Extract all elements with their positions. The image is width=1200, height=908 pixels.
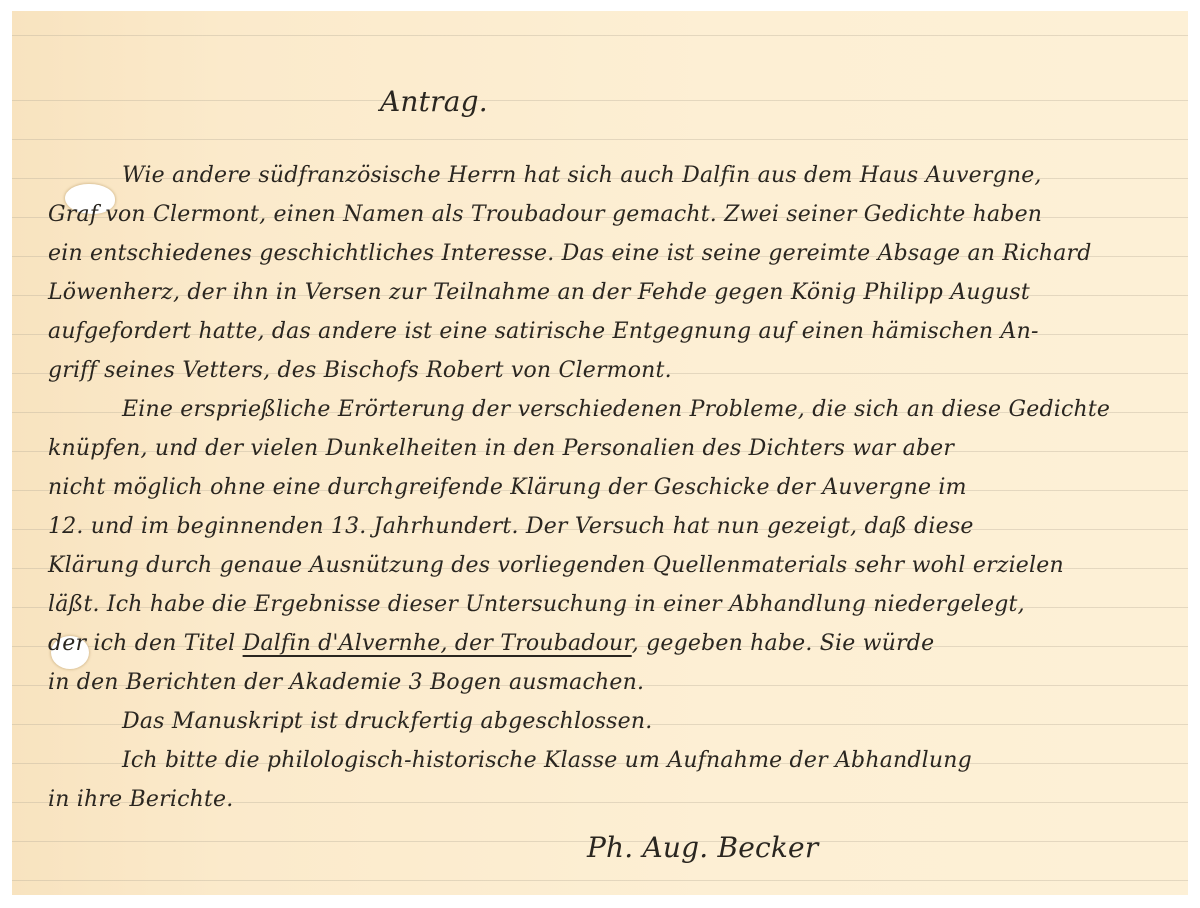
text-line: ein entschiedenes geschichtliches Intere…	[48, 241, 1092, 266]
signature: Ph. Aug. Becker	[587, 831, 818, 864]
underlined-work-title: Dalfin d'Alvernhe, der Troubadour	[243, 631, 632, 656]
text-line: 12. und im beginnenden 13. Jahrhundert. …	[48, 514, 974, 539]
text-before-title: der ich den Titel	[48, 631, 243, 656]
text-line-with-title: der ich den Titel Dalfin d'Alvernhe, der…	[48, 631, 934, 656]
text-line: in ihre Berichte.	[48, 787, 233, 812]
text-line: nicht möglich ohne eine durchgreifende K…	[48, 475, 967, 500]
text-line: aufgefordert hatte, das andere ist eine …	[48, 319, 1039, 344]
text-line: Löwenherz, der ihn in Versen zur Teilnah…	[48, 280, 1030, 305]
text-line: Wie andere südfranzösische Herrn hat sic…	[122, 163, 1042, 188]
text-line: Graf von Clermont, einen Namen als Troub…	[48, 202, 1042, 227]
text-after-title: , gegeben habe. Sie würde	[632, 631, 935, 656]
text-line: Ich bitte die philologisch-historische K…	[122, 748, 972, 773]
text-line: knüpfen, und der vielen Dunkelheiten in …	[48, 436, 954, 461]
document-title: Antrag.	[380, 85, 488, 118]
text-line: Klärung durch genaue Ausnützung des vorl…	[48, 553, 1064, 578]
text-line: Das Manuskript ist druckfertig abgeschlo…	[122, 709, 652, 734]
text-line: griff seines Vetters, des Bischofs Rober…	[48, 358, 672, 383]
letter-page: Antrag. Wie andere südfranzösische Herrn…	[12, 11, 1188, 895]
text-line: Eine ersprießliche Erörterung der versch…	[122, 397, 1110, 422]
text-line: in den Berichten der Akademie 3 Bogen au…	[48, 670, 644, 695]
text-line: läßt. Ich habe die Ergebnisse dieser Unt…	[48, 592, 1025, 617]
